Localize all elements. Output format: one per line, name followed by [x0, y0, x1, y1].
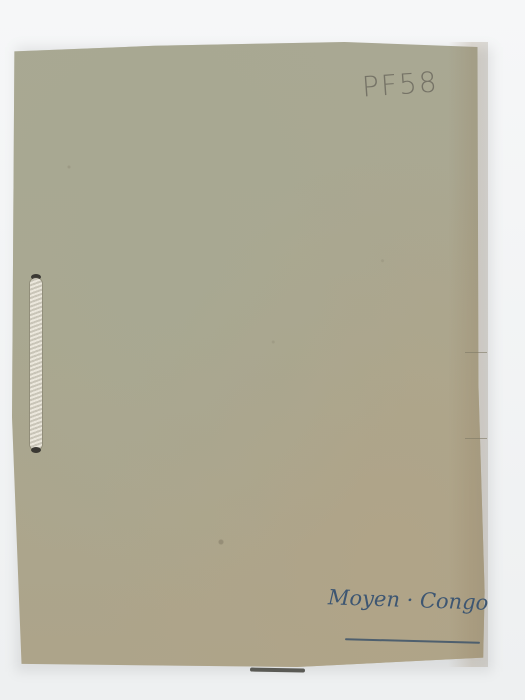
booklet-cover — [12, 42, 487, 667]
pencil-reference-code: PF58 — [361, 65, 440, 103]
cover-edge-tear — [465, 438, 487, 439]
cover-edge-tear — [465, 352, 487, 353]
binding-cord — [30, 278, 42, 450]
binding-hole-bottom — [31, 447, 41, 453]
